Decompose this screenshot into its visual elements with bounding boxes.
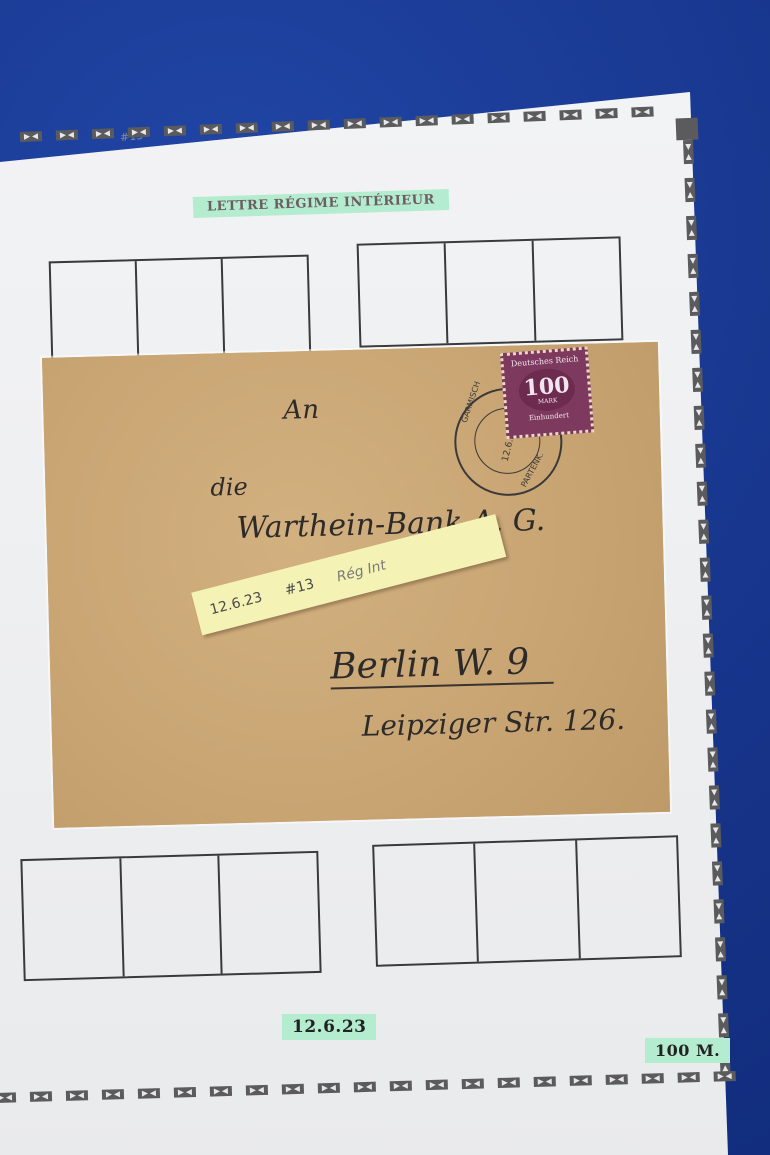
bowtie-ornament-icon xyxy=(246,1085,268,1096)
bowtie-ornament-icon xyxy=(30,1091,52,1102)
bowtie-ornament-icon xyxy=(272,121,294,132)
stamp-value: 100 xyxy=(523,374,571,400)
bowtie-ornament-icon xyxy=(451,114,473,125)
bowtie-ornament-icon xyxy=(56,130,78,141)
stamp-country: Deutsches Reich xyxy=(503,354,585,369)
date-label: 12.6.23 xyxy=(282,1014,376,1040)
stamp-frame-cell xyxy=(446,241,536,343)
bowtie-ornament-icon xyxy=(714,899,725,923)
bowtie-ornament-icon xyxy=(66,1090,88,1101)
bowtie-ornament-icon xyxy=(380,117,402,128)
bowtie-ornament-icon xyxy=(631,107,653,118)
stamp-value-circle: 100 MARK xyxy=(517,367,576,413)
bowtie-ornament-icon xyxy=(710,823,721,847)
bowtie-ornament-icon xyxy=(703,633,714,657)
bowtie-ornament-icon xyxy=(697,482,708,506)
stamp-frame-cell xyxy=(533,238,621,340)
postmark-town: GARMISCH xyxy=(460,380,482,424)
bowtie-ornament-icon xyxy=(695,444,706,468)
value-label: 100 M. xyxy=(645,1038,730,1063)
bowtie-ornament-icon xyxy=(606,1074,628,1085)
address-line: die xyxy=(210,473,248,502)
bowtie-ornament-icon xyxy=(354,1082,376,1093)
bowtie-ornament-icon xyxy=(706,709,717,733)
bowtie-ornament-icon xyxy=(714,1071,736,1082)
bowtie-ornament-icon xyxy=(390,1081,412,1092)
stamp-frame-cell xyxy=(51,261,140,363)
bowtie-ornament-icon xyxy=(688,254,699,278)
stamp-frame-cell xyxy=(22,858,124,979)
bowtie-ornament-icon xyxy=(685,178,696,202)
stamp-unit: MARK xyxy=(538,397,558,406)
bowtie-ornament-icon xyxy=(308,120,330,131)
bowtie-ornament-icon xyxy=(164,125,186,136)
stamp-value-words: Einhundert xyxy=(508,410,590,424)
address-line: Berlin W. 9 xyxy=(330,641,554,690)
bowtie-ornament-icon xyxy=(683,140,694,164)
bowtie-ornament-icon xyxy=(210,1086,232,1097)
bowtie-ornament-icon xyxy=(712,861,723,885)
bowtie-ornament-icon xyxy=(559,109,581,120)
corner-ornament-icon xyxy=(676,118,699,141)
bowtie-ornament-icon xyxy=(415,115,437,126)
stamp-frame-group-top-right xyxy=(357,236,624,347)
stamp-frame-group-bottom-right xyxy=(372,835,682,967)
stamp-frame-cell xyxy=(220,853,320,974)
postage-stamp: Deutsches Reich 100 MARK Einhundert xyxy=(500,346,594,439)
bowtie-ornament-icon xyxy=(698,519,709,543)
bowtie-ornament-icon xyxy=(128,127,150,138)
stamp-frame-cell xyxy=(577,837,680,958)
bowtie-ornament-icon xyxy=(570,1075,592,1086)
bowtie-ornament-icon xyxy=(523,111,545,122)
bowtie-ornament-icon xyxy=(595,108,617,119)
bowtie-ornament-icon xyxy=(0,1092,16,1103)
bowtie-ornament-icon xyxy=(102,1089,124,1100)
bowtie-ornament-icon xyxy=(707,747,718,771)
bowtie-ornament-icon xyxy=(138,1088,160,1099)
stamp-frame-group-bottom-left xyxy=(20,851,321,981)
bowtie-ornament-icon xyxy=(678,1072,700,1083)
bowtie-ornament-icon xyxy=(715,937,726,961)
bowtie-ornament-icon xyxy=(692,368,703,392)
bowtie-ornament-icon xyxy=(689,292,700,316)
address-line: An xyxy=(283,395,319,426)
stamp-frame-cell xyxy=(475,840,580,961)
bowtie-ornament-icon xyxy=(709,785,720,809)
bowtie-ornament-icon xyxy=(717,975,728,999)
bowtie-ornament-icon xyxy=(718,1013,729,1037)
stamp-frame-group-top-left xyxy=(49,255,312,366)
note-remark: Rég Int xyxy=(335,557,388,585)
stamp-frame-cell xyxy=(374,844,479,965)
bowtie-ornament-icon xyxy=(20,131,42,142)
note-date: 12.6.23 xyxy=(208,589,264,618)
bowtie-ornament-icon xyxy=(318,1083,340,1094)
bowtie-ornament-icon xyxy=(704,671,715,695)
bowtie-ornament-icon xyxy=(701,595,712,619)
bowtie-ornament-icon xyxy=(498,1077,520,1088)
mounted-envelope: GARMISCH 12.6.23 PARTENK. Deutsches Reic… xyxy=(42,342,670,828)
note-number: #13 xyxy=(283,576,316,599)
bowtie-ornament-icon xyxy=(92,128,114,139)
bowtie-ornament-icon xyxy=(686,216,697,240)
bowtie-ornament-icon xyxy=(534,1076,556,1087)
bowtie-ornament-icon xyxy=(642,1073,664,1084)
bowtie-ornament-icon xyxy=(462,1078,484,1089)
bowtie-ornament-icon xyxy=(694,406,705,430)
stamp-frame-cell xyxy=(223,257,310,359)
bowtie-ornament-icon xyxy=(344,118,366,129)
stamp-frame-cell xyxy=(137,259,226,361)
address-line: Leipziger Str. 126. xyxy=(361,703,625,743)
bowtie-ornament-icon xyxy=(691,330,702,354)
stamp-frame-cell xyxy=(359,243,449,345)
bowtie-ornament-icon xyxy=(426,1080,448,1091)
bowtie-ornament-icon xyxy=(174,1087,196,1098)
bowtie-ornament-icon xyxy=(236,122,258,133)
bowtie-ornament-icon xyxy=(282,1084,304,1095)
stamp-frame-cell xyxy=(121,856,223,977)
bowtie-ornament-icon xyxy=(700,557,711,581)
bowtie-ornament-icon xyxy=(487,112,509,123)
bowtie-ornament-icon xyxy=(200,124,222,135)
